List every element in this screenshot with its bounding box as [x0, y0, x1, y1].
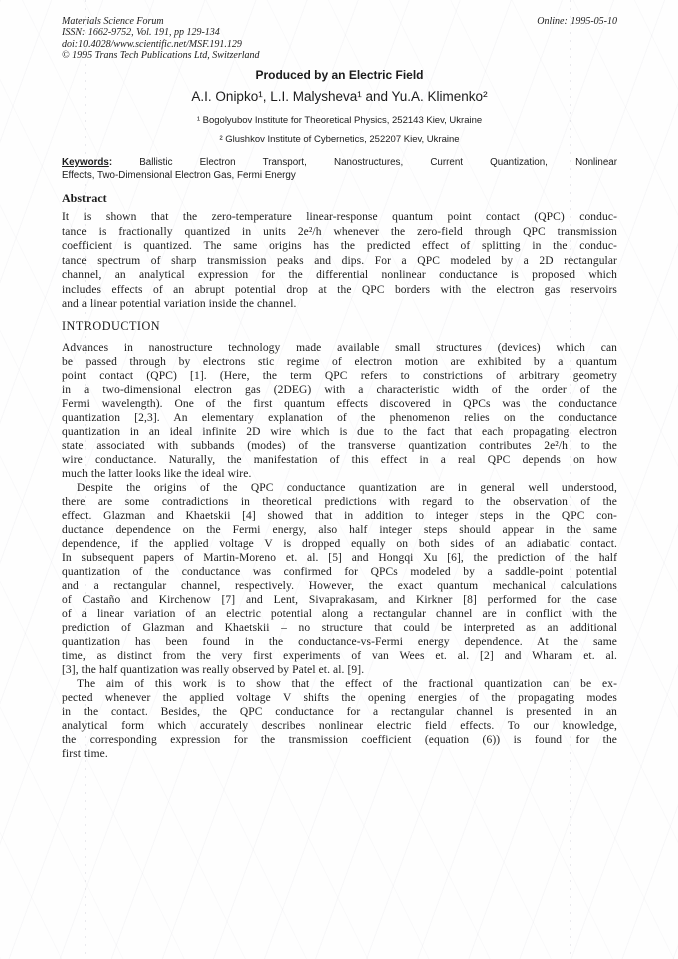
text-line: quantization has been found in the condu…	[62, 635, 617, 649]
text-line: quantization [2,3]. An elementary explan…	[62, 411, 617, 425]
text-line: be passed through by electrons stic regi…	[62, 355, 617, 369]
keywords-line-2: Effects, Two-Dimensional Electron Gas, F…	[62, 169, 617, 182]
text-line: pected whenever the applied voltage V sh…	[62, 691, 617, 705]
text-line: The aim of this work is to show that the…	[62, 677, 617, 691]
text-line: first time.	[62, 747, 617, 761]
text-line: point contact (QPC) [1]. (Here, the term…	[62, 369, 617, 383]
keywords-colon: :	[109, 157, 139, 168]
keywords-label: Keywords	[62, 157, 109, 168]
text-line: of a linear variation of an electric pot…	[62, 607, 617, 621]
intro-paragraph-3: The aim of this work is to show that the…	[62, 677, 617, 761]
copyright-line: © 1995 Trans Tech Publications Ltd, Swit…	[62, 50, 260, 61]
text-line: In subsequent papers of Martin-Moreno et…	[62, 551, 617, 565]
text-line: quantization of the conductance was conf…	[62, 565, 617, 579]
keywords-block: Keywords: Ballistic Electron Transport, …	[62, 156, 617, 182]
text-line: and a rectangular channel, respectively.…	[62, 579, 617, 593]
text-line: It is shown that the zero-temperature li…	[62, 210, 617, 225]
text-line: ductance dependence on the Fermi energy,…	[62, 523, 617, 537]
abstract-paragraph: It is shown that the zero-temperature li…	[62, 210, 617, 312]
authors-line: A.I. Onipko¹, L.I. Malysheva¹ and Yu.A. …	[62, 89, 617, 105]
journal-title: Materials Science Forum	[62, 16, 260, 27]
text-line: includes effects of an abrupt potential …	[62, 283, 617, 298]
text-line: tance spectrum of sharp transmission pea…	[62, 254, 617, 269]
keywords-line-1: Keywords: Ballistic Electron Transport, …	[62, 156, 617, 169]
text-line: channel, an analytical expression for th…	[62, 268, 617, 283]
introduction-heading: INTRODUCTION	[62, 319, 617, 333]
text-line: Fermi wavelength). One of the first quan…	[62, 397, 617, 411]
page-content: Materials Science Forum ISSN: 1662-9752,…	[62, 0, 617, 761]
text-line: time, as distinct from the very first ex…	[62, 649, 617, 663]
text-line: of Castaño and Kirchenow [7] and Lent, S…	[62, 593, 617, 607]
issn-line: ISSN: 1662-9752, Vol. 191, pp 129-134	[62, 27, 260, 38]
journal-header: Materials Science Forum ISSN: 1662-9752,…	[62, 0, 617, 62]
text-line: the corresponding expression for the tra…	[62, 733, 617, 747]
text-line: Despite the origins of the QPC conductan…	[62, 481, 617, 495]
text-line: there are some contradictions in theoret…	[62, 495, 617, 509]
text-line: prediction of Glazman and Khaetskii – no…	[62, 621, 617, 635]
intro-paragraph-2: Despite the origins of the QPC conductan…	[62, 481, 617, 677]
text-line: in a two-dimensional electron gas (2DEG)…	[62, 383, 617, 397]
text-line: and a linear potential variation inside …	[62, 297, 617, 312]
paper-title: Produced by an Electric Field	[62, 68, 617, 82]
text-line: [3], the half quantization was really ob…	[62, 663, 617, 677]
doi-line: doi:10.4028/www.scientific.net/MSF.191.1…	[62, 39, 260, 50]
affiliation-2: ² Glushkov Institute of Cybernetics, 252…	[62, 134, 617, 146]
text-line: state associated with subbands (modes) o…	[62, 439, 617, 453]
affiliation-1: ¹ Bogolyubov Institute for Theoretical P…	[62, 115, 617, 127]
intro-paragraph-1: Advances in nanostructure technology mad…	[62, 341, 617, 481]
text-line: wire conductance. Naturally, the manifes…	[62, 453, 617, 467]
journal-header-left: Materials Science Forum ISSN: 1662-9752,…	[62, 16, 260, 62]
text-line: Advances in nanostructure technology mad…	[62, 341, 617, 355]
text-line: quantization in an ideal infinite 2D wir…	[62, 425, 617, 439]
abstract-heading: Abstract	[62, 191, 617, 205]
text-line: in the contact. Besides, the QPC conduct…	[62, 705, 617, 719]
paper-page: Materials Science Forum ISSN: 1662-9752,…	[0, 0, 678, 959]
online-date: Online: 1995-05-10	[537, 16, 617, 27]
text-line: tance is fractionally quantized in units…	[62, 225, 617, 240]
text-line: much the latter looks like the ideal wir…	[62, 467, 617, 481]
text-line: dependence, if the applied voltage V is …	[62, 537, 617, 551]
text-line: analytical form which accurately describ…	[62, 719, 617, 733]
text-line: coefficient is quantized. The same origi…	[62, 239, 617, 254]
text-line: effect. Glazman and Khaetskii [4] showed…	[62, 509, 617, 523]
keywords-text-1: Ballistic Electron Transport, Nanostruct…	[139, 157, 617, 168]
